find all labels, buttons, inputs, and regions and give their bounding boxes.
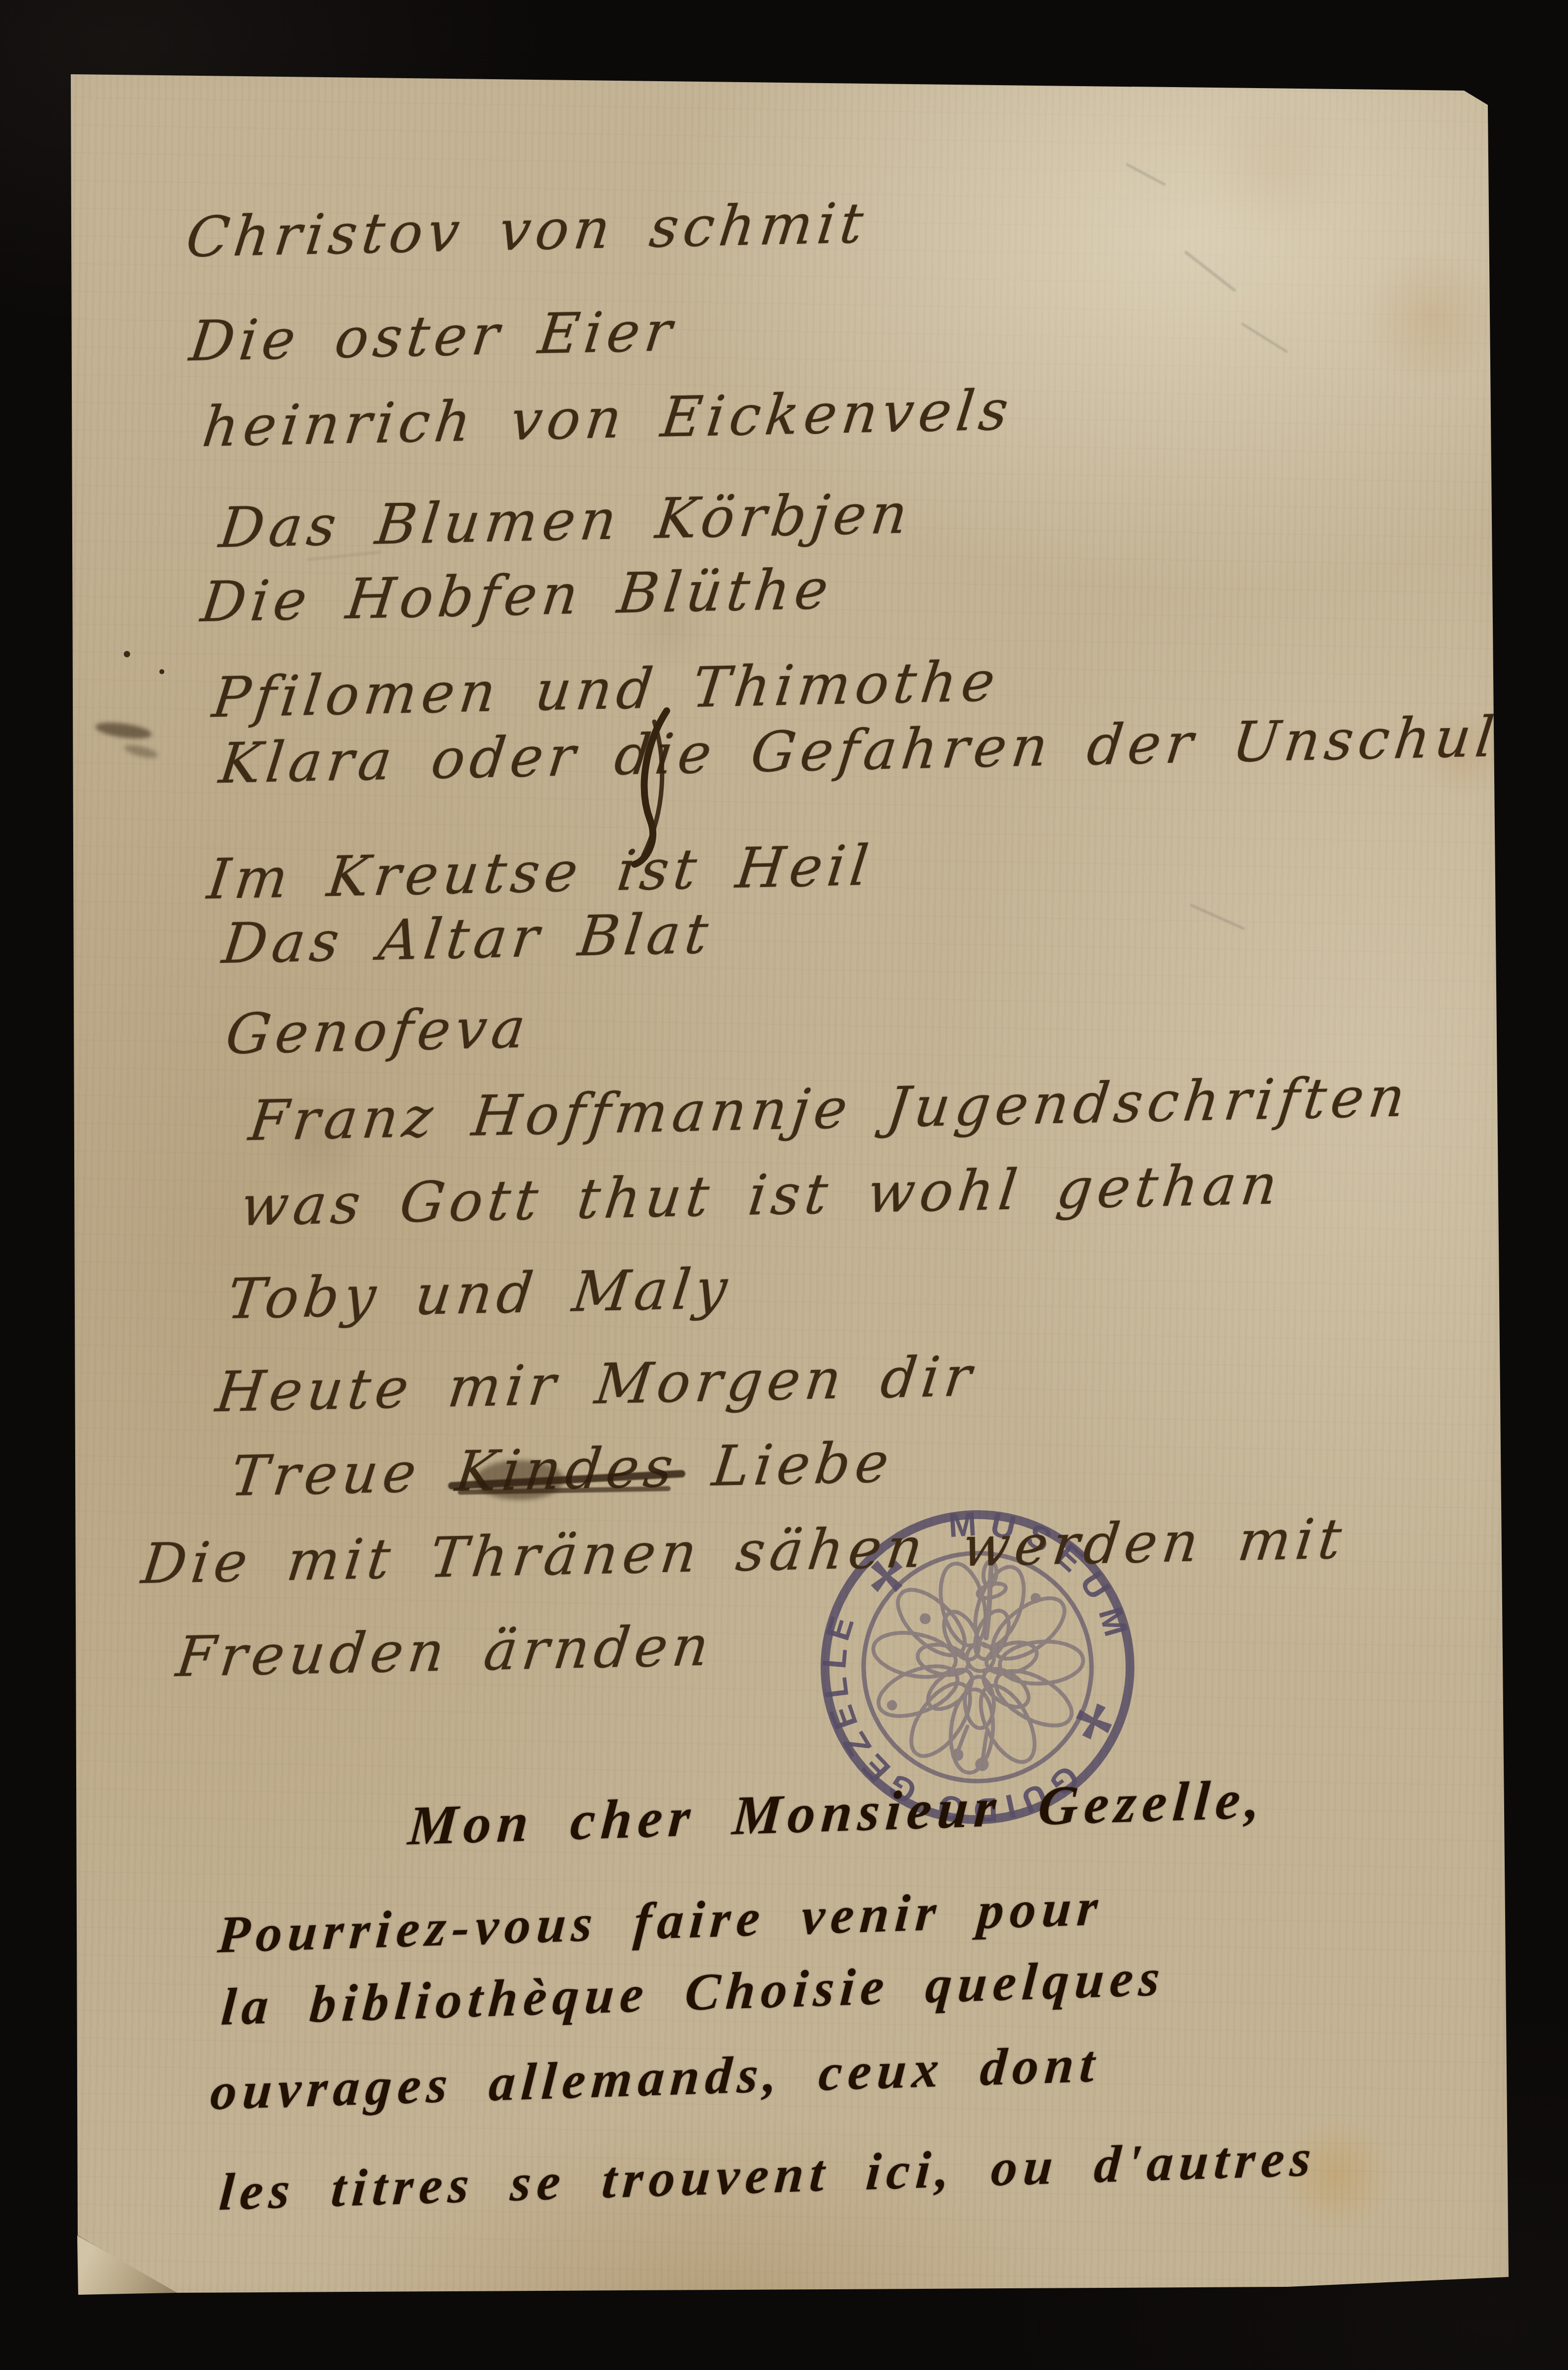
pencil-ghost-mark <box>1184 250 1236 293</box>
manuscript-line: Im Kreutse ist Heil <box>204 834 877 912</box>
manuscript-line: Franz Hoffmannje Jugendschriften <box>245 1065 1413 1153</box>
letter-line: les titres se trouvent ici, ou d'autres <box>217 2127 1319 2222</box>
pencil-ghost-mark <box>1241 322 1288 353</box>
manuscript-line: was Gott thut ist wohl gethan <box>237 1152 1285 1238</box>
manuscript-line: Christov von schmit <box>183 191 871 270</box>
letter-line: ouvrages allemands, ceux dont <box>208 2034 1103 2123</box>
letter-line: la bibliothèque Choisie quelques <box>219 1947 1168 2037</box>
manuscript-line: Heute mir Morgen dir <box>212 1344 980 1425</box>
manuscript-line: Genofeva <box>222 996 534 1067</box>
manuscript-line: Treue Kindes Liebe <box>227 1431 897 1509</box>
ink-smear <box>123 742 159 760</box>
manuscript-line: Freuden ärnden <box>173 1614 717 1689</box>
photographed-manuscript: GUIDO GEZELLE MUSEUM <box>0 0 1568 2370</box>
letter-salutation: Mon cher Monsieur Gezelle, <box>406 1768 1269 1859</box>
pencil-ghost-mark <box>1126 163 1166 186</box>
ink-dot <box>159 669 164 674</box>
manuscript-line: Das Altar Blat <box>219 901 716 976</box>
paper-sheet: GUIDO GEZELLE MUSEUM <box>0 0 1568 2370</box>
letter-line: Pourriez-vous faire venir pour <box>216 1877 1106 1966</box>
ink-smear <box>95 720 153 741</box>
manuscript-line: Das Blumen Körbjen <box>216 482 916 561</box>
manuscript-line: Die oster Eier <box>186 299 680 374</box>
ink-dot <box>124 651 130 657</box>
manuscript-line: Toby und Maly <box>224 1257 735 1332</box>
manuscript-line: Die mit Thränen sähen werden mit <box>138 1507 1349 1596</box>
ink-flourish <box>620 707 704 875</box>
manuscript-line: Die Hobfen Blüthe <box>197 557 836 635</box>
manuscript-line: heinrich von Eickenvels <box>199 378 1016 460</box>
pencil-ghost-mark <box>1190 904 1245 930</box>
